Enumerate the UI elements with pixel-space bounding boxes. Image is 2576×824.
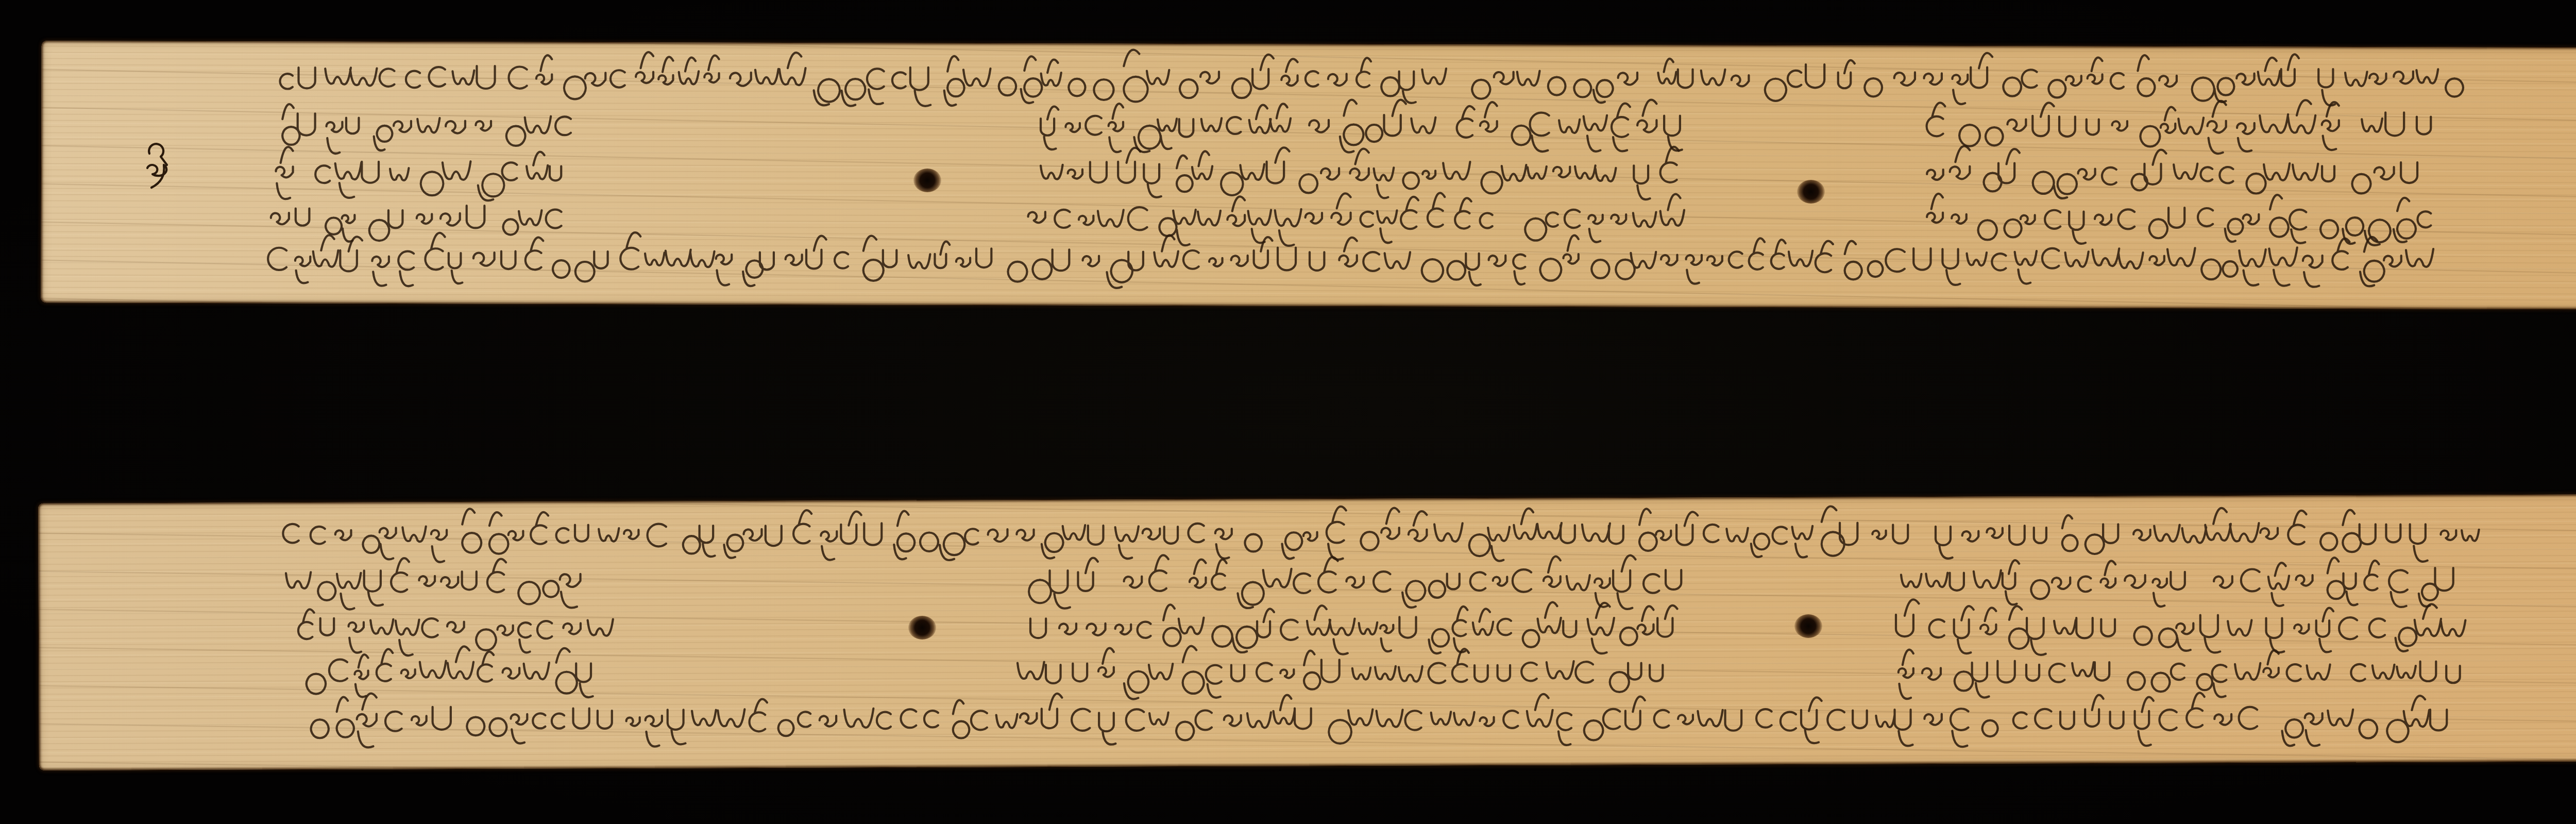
script-line-lower-left-block [286, 558, 581, 609]
script-line-lower-bottom-line [311, 693, 2447, 747]
script-line-lower-right-block [1899, 650, 2460, 699]
photo-background: Photograph of two palm-leaf manuscript f… [0, 0, 2576, 824]
script-line-upper-right-block [1927, 146, 2417, 198]
script-line-upper-right-block [1894, 53, 2463, 106]
script-line-lower-center-block [1030, 602, 1677, 654]
script-line-upper-left-block [271, 206, 562, 242]
script-line-lower-right-block [1896, 599, 2465, 654]
incised-script-text [0, 0, 2576, 824]
script-line-lower-center-block [1029, 555, 1681, 609]
script-line-upper-left-block [280, 52, 964, 106]
script-line-upper-right-block [1927, 100, 2431, 154]
folio-number-glyph [147, 144, 167, 188]
script-line-lower-left-block [283, 507, 2479, 562]
script-line-lower-right-block [1901, 558, 2453, 607]
script-line-upper-left-block [276, 147, 562, 200]
script-line-upper-center-block [963, 50, 1882, 103]
script-line-upper-bottom-line [268, 232, 2433, 288]
script-line-upper-center-block [1041, 147, 1679, 199]
script-line-upper-right-block [1927, 194, 2431, 245]
script-line-upper-center-block [1028, 193, 1684, 246]
script-line-upper-center-block [1041, 100, 1682, 153]
script-line-upper-left-block [282, 104, 571, 154]
script-line-lower-left-block [307, 646, 593, 697]
